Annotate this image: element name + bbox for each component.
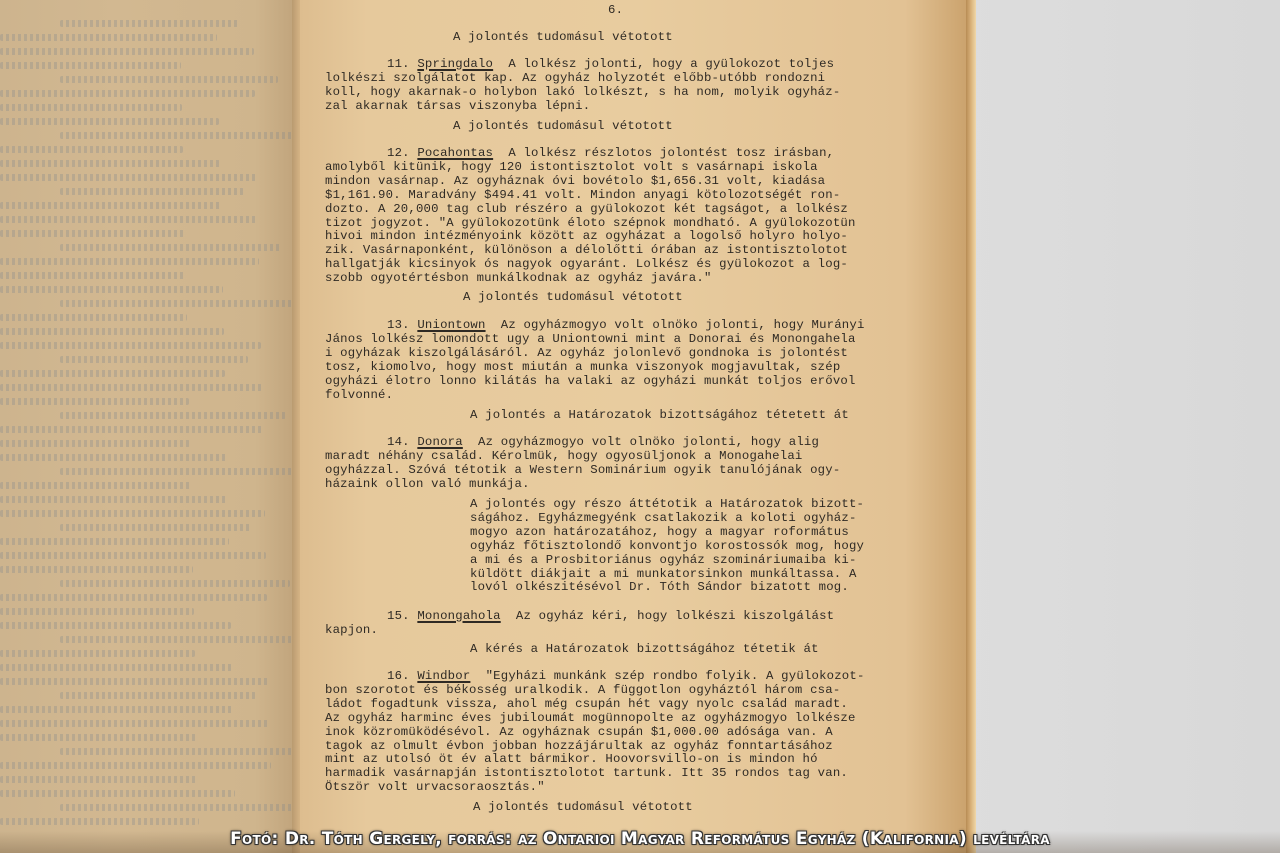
item-text-line: $1,161.90. Maradvány $494.41 volt. Mindo… <box>325 189 840 203</box>
bleed-through-text <box>0 552 266 559</box>
congregation-name: Windbor <box>417 669 470 683</box>
congregation-name: Uniontown <box>417 318 485 332</box>
item-text-line: mindon vasárnap. Az ogyháznak óvi bovéto… <box>325 175 825 189</box>
bleed-through-text <box>60 636 300 643</box>
bleed-through-text <box>0 174 257 181</box>
congregation-name: Donora <box>417 435 462 449</box>
item-text-line: zik. Vasárnaponként, különöson a délolőt… <box>325 244 848 258</box>
item-text: A lolkész részlotos jolontést tosz irásb… <box>508 146 834 160</box>
bleed-through-text <box>0 62 181 69</box>
bleed-through-text <box>60 692 256 699</box>
bleed-through-text <box>0 398 189 405</box>
item-text: "Egyházi munkánk szép rondbo folyik. A g… <box>486 669 865 683</box>
item-number: 11. <box>387 57 410 71</box>
bleed-through-text <box>0 566 193 573</box>
bleed-through-text <box>60 468 300 475</box>
bleed-through-text <box>0 118 219 125</box>
bleed-through-text <box>0 384 262 391</box>
item-text-line: harmadik vasárnapján istontisztolotot ta… <box>325 767 848 781</box>
bleed-through-text <box>0 678 269 685</box>
agenda-item-heading: 14. Donora Az ogyházmogyo volt olnöko jo… <box>387 436 819 450</box>
congregation-name: Monongahola <box>417 609 500 623</box>
bleed-through-text <box>60 356 248 363</box>
bleed-through-text <box>60 20 240 27</box>
photo-credit-caption: Fotó: Dr. Tóth Gergely, forrás: az Ontar… <box>0 829 1280 849</box>
item-text-line: ogyházi élotro lonno kilátás ha valaki a… <box>325 375 856 389</box>
item-text-line: hivoi mindon intézményoink között az ogy… <box>325 230 848 244</box>
item-text-line: tagok az olmult évbon jobban hozzájárult… <box>325 740 833 754</box>
item-text-line: ogyházzal. Szóvá tétotik a Western Somin… <box>325 464 840 478</box>
bleed-through-text <box>60 748 294 755</box>
bleed-through-text <box>0 496 228 503</box>
bleed-through-text <box>0 538 229 545</box>
bleed-through-text <box>0 216 258 223</box>
bleed-through-text <box>0 342 261 349</box>
bleed-through-text <box>0 776 198 783</box>
bleed-through-text <box>0 482 191 489</box>
bleed-through-text <box>0 454 227 461</box>
resolution-line: ságához. Egyházmegyénk csatlakozik a kol… <box>470 512 857 526</box>
agenda-item-heading: 11. Springdalo A lolkész jolonti, hogy a… <box>387 58 834 72</box>
item-text-line: ládot fogadtunk vissza, ahol még csupán … <box>325 698 848 712</box>
bleed-through-text <box>0 734 197 741</box>
item-number: 12. <box>387 146 410 160</box>
bleed-through-text <box>60 188 244 195</box>
bleed-through-text <box>60 76 278 83</box>
congregation-name: Springdalo <box>417 57 493 71</box>
item-text-line: János lolkész lomondott ugy a Uniontowni… <box>325 333 856 347</box>
bleed-through-text <box>0 258 259 265</box>
item-text-line: i ogyházak kiszolgálásáról. Az ogyház jo… <box>325 347 848 361</box>
congregation-name: Pocahontas <box>417 146 493 160</box>
item-text-line: zal akarnak társas viszonyba lépni. <box>325 100 590 114</box>
resolution-line: A jolontés a Határozatok bizottságához t… <box>470 409 849 423</box>
item-text: Az ogyházmogyo volt olnöko jolonti, hogy… <box>501 318 865 332</box>
item-number: 16. <box>387 669 410 683</box>
resolution-line: mogyo azon határozatához, hogy a magyar … <box>470 526 849 540</box>
item-text-line: kapjon. <box>325 624 378 638</box>
item-number: 13. <box>387 318 410 332</box>
resolution-line: lovól olkészitésévol Dr. Tóth Sándor biz… <box>470 581 849 595</box>
bleed-through-text <box>0 622 231 629</box>
bleed-through-text <box>0 510 265 517</box>
bleed-through-text <box>60 524 252 531</box>
item-number: 14. <box>387 435 410 449</box>
item-text-line: tizot jogyzot. "A gyülokozotünk éloto sz… <box>325 217 856 231</box>
bleed-through-text <box>60 132 300 139</box>
bleed-through-text <box>0 818 199 825</box>
bleed-through-text <box>0 146 183 153</box>
item-text: Az ogyház kéri, hogy lolkészi kiszolgálá… <box>516 609 834 623</box>
bleed-through-text <box>0 272 186 279</box>
item-text-line: Az ogyház harminc éves jubiloumát mogünn… <box>325 712 856 726</box>
bleed-through-text <box>60 804 300 811</box>
bleed-through-text <box>0 706 233 713</box>
bleed-through-text <box>0 230 185 237</box>
item-text-line: Ötször volt urvacsoraosztás." <box>325 781 545 795</box>
item-text-line: koll, hogy akarnak-o holybon lakó lolkés… <box>325 86 840 100</box>
resolution-line: A jolontés ogy részo áttétotik a Határoz… <box>470 498 864 512</box>
item-text-line: inok közromüködésévol. Az ogyháznak csup… <box>325 726 833 740</box>
bleed-through-text <box>0 160 220 167</box>
page-edge <box>966 0 976 853</box>
bleed-through-text <box>0 202 221 209</box>
resolution-line: a mi és a Prosbitoriánus ogyház szominár… <box>470 554 857 568</box>
bleed-through-text <box>0 790 235 797</box>
bleed-through-text <box>0 608 194 615</box>
item-text-line: hallgatják kicsinyok ós nagyok ogyaránt.… <box>325 258 848 272</box>
bleed-through-text <box>0 328 224 335</box>
agenda-item-heading: 12. Pocahontas A lolkész részlotos jolon… <box>387 147 834 161</box>
item-text-line: maradt néhány család. Kérolmük, hogy ogy… <box>325 450 803 464</box>
bleed-through-text <box>0 426 263 433</box>
item-text: Az ogyházmogyo volt olnöko jolonti, hogy… <box>478 435 819 449</box>
item-text-line: bon szorotot és békosség uralkodik. A fü… <box>325 684 840 698</box>
resolution-line: A jolontés tudomásul vétotott <box>473 801 693 815</box>
bleed-through-text <box>60 412 286 419</box>
bleed-through-text <box>0 104 182 111</box>
bleed-through-text <box>60 580 290 587</box>
resolution-line: küldött diákjait a mi munkatorsinkon mun… <box>470 568 857 582</box>
bleed-through-text <box>60 244 282 251</box>
bleed-through-text <box>0 650 195 657</box>
resolution-line: A jolontés tudomásul vétotott <box>453 31 673 45</box>
typewritten-text: 6. A jolontés tudomásul vétotott11. Spri… <box>325 0 925 28</box>
bleed-through-text <box>0 594 267 601</box>
bleed-through-text <box>0 762 271 769</box>
item-text: A lolkész jolonti, hogy a gyülokozot tol… <box>508 57 834 71</box>
item-text-line: házaink ollon való munkája. <box>325 478 530 492</box>
page-number: 6. <box>608 4 623 18</box>
left-page-faded <box>0 0 300 853</box>
resolution-line: ogyház főtisztolondő konvontjo korostoss… <box>470 540 864 554</box>
bleed-through-text <box>0 314 187 321</box>
item-text-line: dozto. A 20,000 tag club részéro a gyülo… <box>325 203 848 217</box>
bleed-through-text <box>0 664 232 671</box>
item-number: 15. <box>387 609 410 623</box>
item-text-line: amolyből kitünik, hogy 120 istontisztolo… <box>325 161 818 175</box>
bleed-through-text <box>0 34 217 41</box>
bleed-through-text <box>0 720 270 727</box>
agenda-item-heading: 16. Windbor "Egyházi munkánk szép rondbo… <box>387 670 865 684</box>
resolution-line: A jolontés tudomásul vétotott <box>463 291 683 305</box>
agenda-item-heading: 13. Uniontown Az ogyházmogyo volt olnöko… <box>387 319 865 333</box>
item-text-line: szobb ogyotértésbon munkálkodnak az ogyh… <box>325 272 712 286</box>
bleed-through-text <box>0 48 254 55</box>
bleed-through-text <box>0 90 255 97</box>
agenda-item-heading: 15. Monongahola Az ogyház kéri, hogy lol… <box>387 610 834 624</box>
item-text-line: mint az utolsó öt év alatt bármikor. Hoo… <box>325 753 818 767</box>
resolution-line: A jolontés tudomásul vétotott <box>453 120 673 134</box>
bleed-through-text <box>0 286 223 293</box>
item-text-line: tosz, kiomolvo, hogy most miután a munka… <box>325 361 840 375</box>
item-text-line: lolkészi szolgálatot kap. Az ogyház holy… <box>325 72 825 86</box>
resolution-line: A kérés a Határozatok bizottságához téte… <box>470 643 819 657</box>
bleed-through-text <box>60 300 300 307</box>
item-text-line: folvonné. <box>325 389 393 403</box>
bleed-through-text <box>0 440 190 447</box>
bleed-through-text <box>0 370 225 377</box>
